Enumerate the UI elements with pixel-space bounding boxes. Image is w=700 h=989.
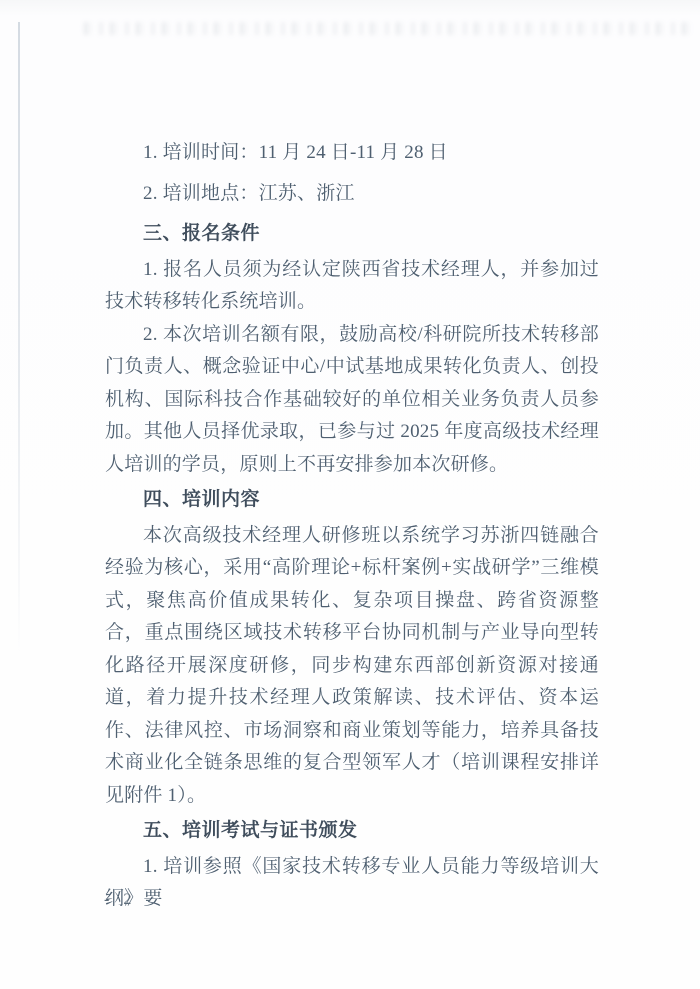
scanned-document-page: 1. 培训时间：11 月 24 日-11 月 28 日 2. 培训地点：江苏、浙… (0, 0, 700, 989)
section-heading-exam-certificate: 五、培训考试与证书颁发 (105, 815, 599, 848)
bleed-through-artifact (84, 22, 690, 35)
document-body: 1. 培训时间：11 月 24 日-11 月 28 日 2. 培训地点：江苏、浙… (105, 137, 599, 916)
training-content-paragraph: 本次高级技术经理人研修班以系统学习苏浙四链融合经验为核心，采用“高阶理论+标杆案… (105, 520, 599, 813)
section-heading-training-content: 四、培训内容 (105, 484, 599, 517)
exam-certificate-paragraph: 1. 培训参照《国家技术转移专业人员能力等级培训大纲》要 (105, 851, 599, 916)
training-location-item: 2. 培训地点：江苏、浙江 (105, 178, 599, 211)
page-number: - 2 - (104, 891, 156, 909)
registration-requirement-2: 2. 本次培训名额有限，鼓励高校/科研院所技术转移部门负责人、概念验证中心/中试… (105, 319, 599, 482)
registration-requirement-1: 1. 报名人员须为经认定陕西省技术经理人，并参加过技术转移转化系统培训。 (105, 254, 599, 319)
training-time-item: 1. 培训时间：11 月 24 日-11 月 28 日 (105, 137, 599, 170)
scan-edge-line (18, 22, 20, 652)
section-heading-registration-requirements: 三、报名条件 (105, 218, 599, 251)
